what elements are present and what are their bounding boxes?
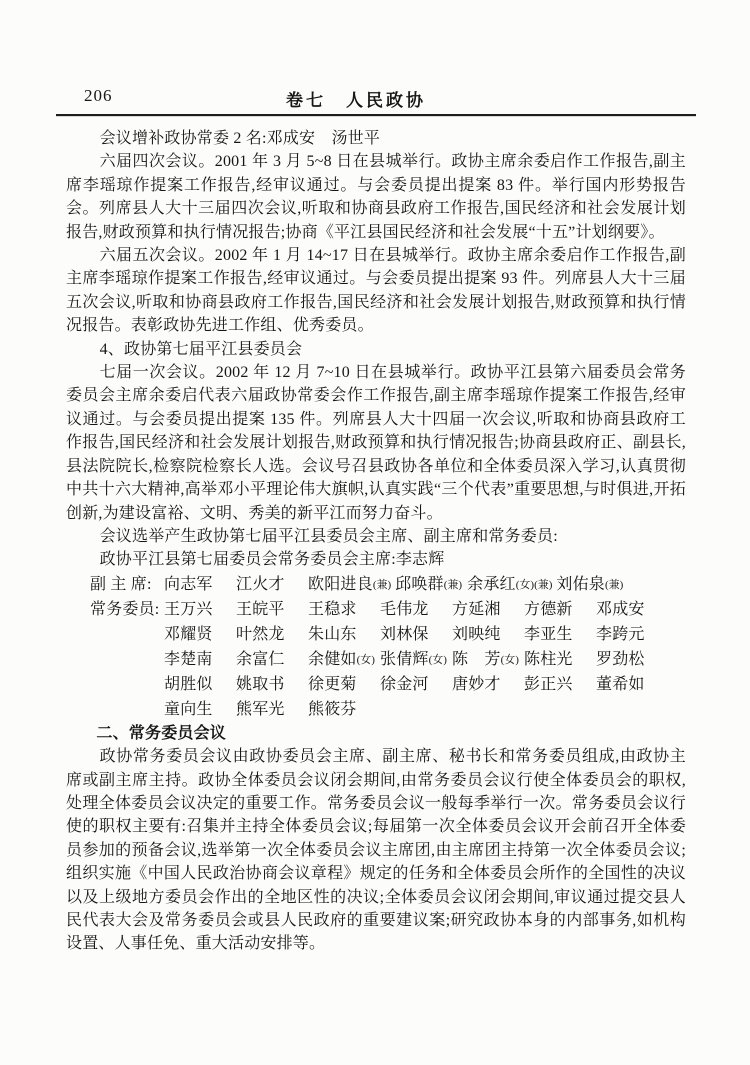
officer-name: 陈 芳(女): [452, 647, 524, 672]
page-header: 206 卷七 人民政协: [66, 86, 686, 110]
header-rule: [56, 114, 696, 116]
officer-name: 唐妙才: [452, 672, 524, 697]
officer-name: 叶然龙: [236, 622, 308, 647]
officer-name: 邓成安: [596, 597, 668, 622]
paragraph-standing-committee: 政协常务委员会议由政协委员会主席、副主席、秘书长和常务委员组成,由政协主席或副主…: [66, 745, 686, 956]
officer-name: 徐更菊: [308, 672, 380, 697]
officer-name: 朱山东: [308, 622, 380, 647]
officer-role-label: [90, 647, 164, 672]
officer-name: 熊筱芬: [308, 697, 380, 722]
officer-role-label: [90, 622, 164, 647]
document-page: 206 卷七 人民政协 会议增补政协常委 2 名:邓成安 汤世平 六届四次会议。…: [0, 0, 750, 1065]
officer-row: 常务委员:王万兴王皖平王稳求毛伟龙方延湘方德新邓成安: [66, 597, 686, 622]
officer-name: 王稳求: [308, 597, 380, 622]
paragraph-election-intro: 会议选举产生政协第七届平江县委员会主席、副主席和常务委员:: [66, 525, 686, 548]
officer-name: 陈柱光: [524, 647, 596, 672]
page-body: 会议增补政协常委 2 名:邓成安 汤世平 六届四次会议。2001 年 3 月 5…: [66, 127, 686, 956]
officers-roster: 副 主 席:向志军江火才欧阳进良(兼)邱唤群(兼)余承红(女)(兼)刘佑泉(兼)…: [66, 572, 686, 722]
officer-name: 邓耀贤: [164, 622, 236, 647]
officer-row: 胡胜似姚取书徐更菊徐金河唐妙才彭正兴董希如: [66, 672, 686, 697]
officer-name: 童向生: [164, 697, 236, 722]
officer-name: 罗劲松: [596, 647, 668, 672]
officer-name: 向志军: [164, 572, 236, 597]
officer-name: 董希如: [596, 672, 668, 697]
officer-name: 张倩辉(女): [380, 647, 452, 672]
paragraph-session-7-1: 七届一次会议。2002 年 12 月 7~10 日在县城举行。政协平江县第六届委…: [66, 361, 686, 525]
officer-name-suffix: (女): [501, 654, 523, 666]
paragraph-session-6-4: 六届四次会议。2001 年 3 月 5~8 日在县城举行。政协主席余委启作工作报…: [66, 150, 686, 244]
officer-name: 余健如(女): [308, 647, 380, 672]
officer-name-suffix: (兼): [605, 579, 627, 591]
paragraph-session-6-5: 六届五次会议。2002 年 1 月 14~17 日在县城举行。政协主席余委启作工…: [66, 244, 686, 338]
officer-name: 邱唤群(兼): [395, 572, 467, 597]
header-title: 卷七 人民政协: [66, 86, 646, 111]
heading-standing-committee: 二、常务委员会议: [66, 722, 686, 745]
officer-name: 李楚南: [164, 647, 236, 672]
officer-name: 刘林保: [380, 622, 452, 647]
officer-name: 胡胜似: [164, 672, 236, 697]
officer-name: 刘佑泉(兼): [556, 572, 628, 597]
officer-row: 李楚南余富仁余健如(女)张倩辉(女)陈 芳(女)陈柱光罗劲松: [66, 647, 686, 672]
officer-row: 副 主 席:向志军江火才欧阳进良(兼)邱唤群(兼)余承红(女)(兼)刘佑泉(兼): [66, 572, 686, 597]
officer-name: 姚取书: [236, 672, 308, 697]
officer-name-suffix: (女): [357, 654, 379, 666]
officer-name: 熊军光: [236, 697, 308, 722]
officer-name-suffix: (兼): [444, 579, 466, 591]
heading-seventh-committee: 4、政协第七届平江县委员会: [66, 338, 686, 361]
officer-name: 刘映纯: [452, 622, 524, 647]
officer-role-label: 副 主 席:: [90, 572, 164, 597]
officer-name: 王皖平: [236, 597, 308, 622]
officer-name-suffix: (兼): [373, 579, 395, 591]
paragraph-chairman: 政协平江县第七届委员会常务委员会主席:李志辉: [66, 548, 686, 571]
officer-name: 余承红(女)(兼): [467, 572, 556, 597]
officer-name: 欧阳进良(兼): [308, 572, 395, 597]
officer-row: 童向生熊军光熊筱芬: [66, 697, 686, 722]
officer-row: 邓耀贤叶然龙朱山东刘林保刘映纯李亚生李跨元: [66, 622, 686, 647]
officer-name: 江火才: [236, 572, 308, 597]
officer-name: 徐金河: [380, 672, 452, 697]
officer-name-suffix: (女): [429, 654, 451, 666]
officer-name: 毛伟龙: [380, 597, 452, 622]
officer-name: 李亚生: [524, 622, 596, 647]
officer-name: 方德新: [524, 597, 596, 622]
officer-role-label: 常务委员:: [90, 597, 164, 622]
officer-name: 王万兴: [164, 597, 236, 622]
officer-name: 彭正兴: [524, 672, 596, 697]
paragraph-supplement: 会议增补政协常委 2 名:邓成安 汤世平: [66, 127, 686, 150]
officer-role-label: [90, 697, 164, 722]
officer-role-label: [90, 672, 164, 697]
officer-name: 方延湘: [452, 597, 524, 622]
officer-name: 余富仁: [236, 647, 308, 672]
officer-name: 李跨元: [596, 622, 668, 647]
officer-name-suffix: (女)(兼): [516, 579, 557, 591]
